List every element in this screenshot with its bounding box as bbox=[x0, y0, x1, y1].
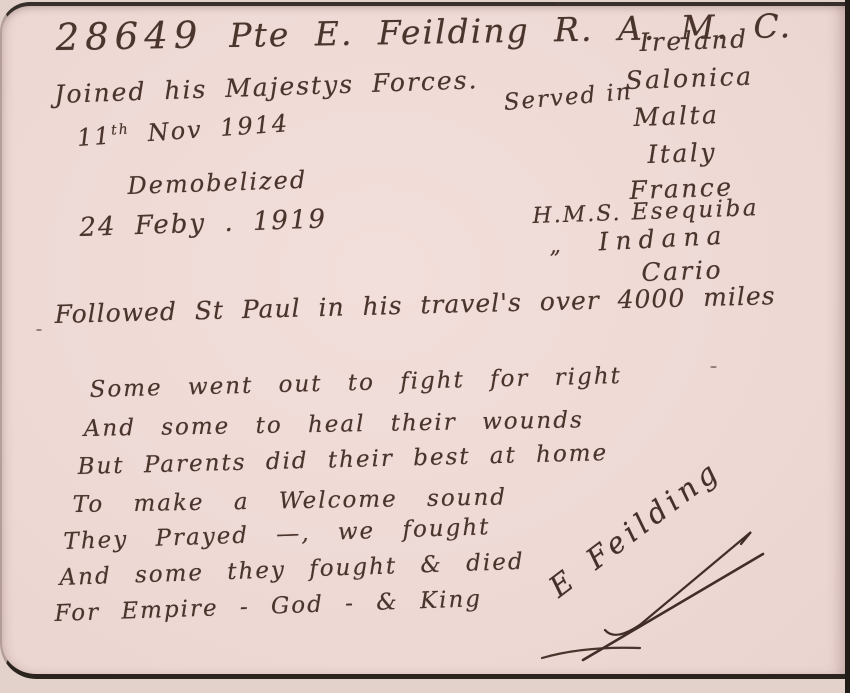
served-place: Ireland bbox=[639, 24, 749, 57]
photographed-album-page: 28649Pte E. Feilding R. A. M. C. Joined … bbox=[0, 0, 850, 693]
served-place: Salonica bbox=[625, 62, 754, 95]
paper-speck bbox=[36, 329, 42, 331]
hms-prefix: H.M.S. bbox=[532, 201, 622, 229]
signature-block: E Feilding bbox=[545, 492, 795, 672]
served-place: Malta bbox=[633, 100, 720, 132]
paper-speck bbox=[556, 2, 561, 5]
served-place: Esequiba bbox=[631, 195, 759, 225]
enlistment-ordinal: th bbox=[111, 121, 131, 138]
ditto-mark: „ bbox=[549, 233, 564, 259]
paper-speck bbox=[710, 366, 717, 368]
enlistment-day: 11 bbox=[76, 122, 112, 152]
page-stack-edge bbox=[845, 0, 850, 693]
served-place: Italy bbox=[647, 138, 717, 169]
service-number: 28649 bbox=[55, 13, 203, 59]
